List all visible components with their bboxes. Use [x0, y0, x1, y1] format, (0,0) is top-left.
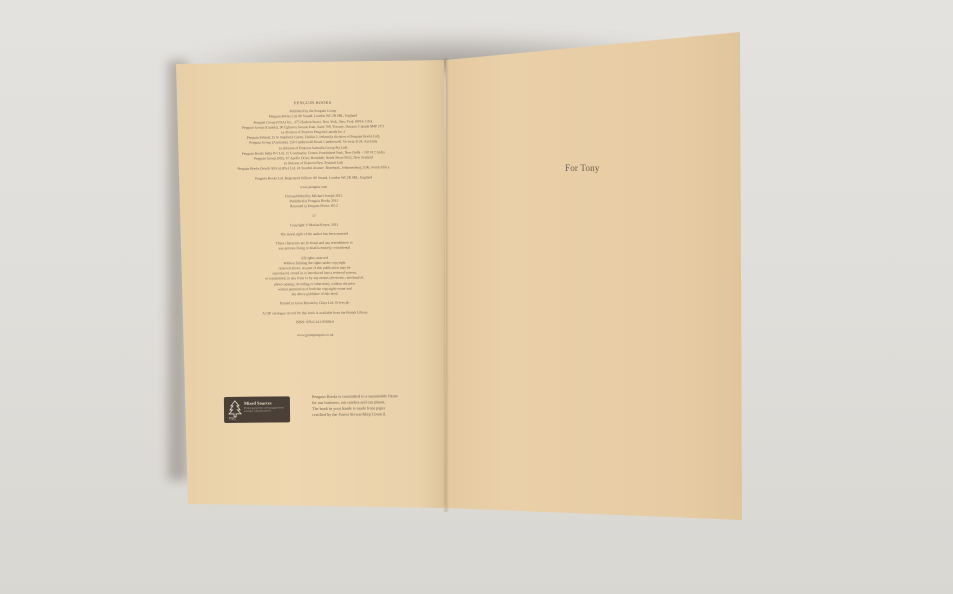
dedication-text: For Tony — [565, 163, 600, 173]
fsc-tree-icon: FSC — [228, 400, 242, 420]
svg-text:FSC: FSC — [229, 416, 236, 419]
dedication-page — [446, 32, 742, 522]
book-spine-gutter — [443, 58, 449, 512]
fsc-block: FSC Mixed Sources Product group from wel… — [224, 393, 414, 425]
fsc-title: Mixed Sources — [244, 400, 272, 405]
open-book: PENGUIN BOOKS Published by the Penguin G… — [0, 0, 953, 594]
copyright-text-block: PENGUIN BOOKS Published by the Penguin G… — [195, 99, 433, 340]
fsc-fine-print: Product group from well-managed forests … — [244, 406, 286, 412]
statement-line: certified by the Forest Stewardship Coun… — [312, 411, 422, 418]
fsc-logo: FSC Mixed Sources Product group from wel… — [224, 396, 290, 423]
sustainability-statement: Penguin Books is committed to a sustaina… — [312, 393, 422, 418]
